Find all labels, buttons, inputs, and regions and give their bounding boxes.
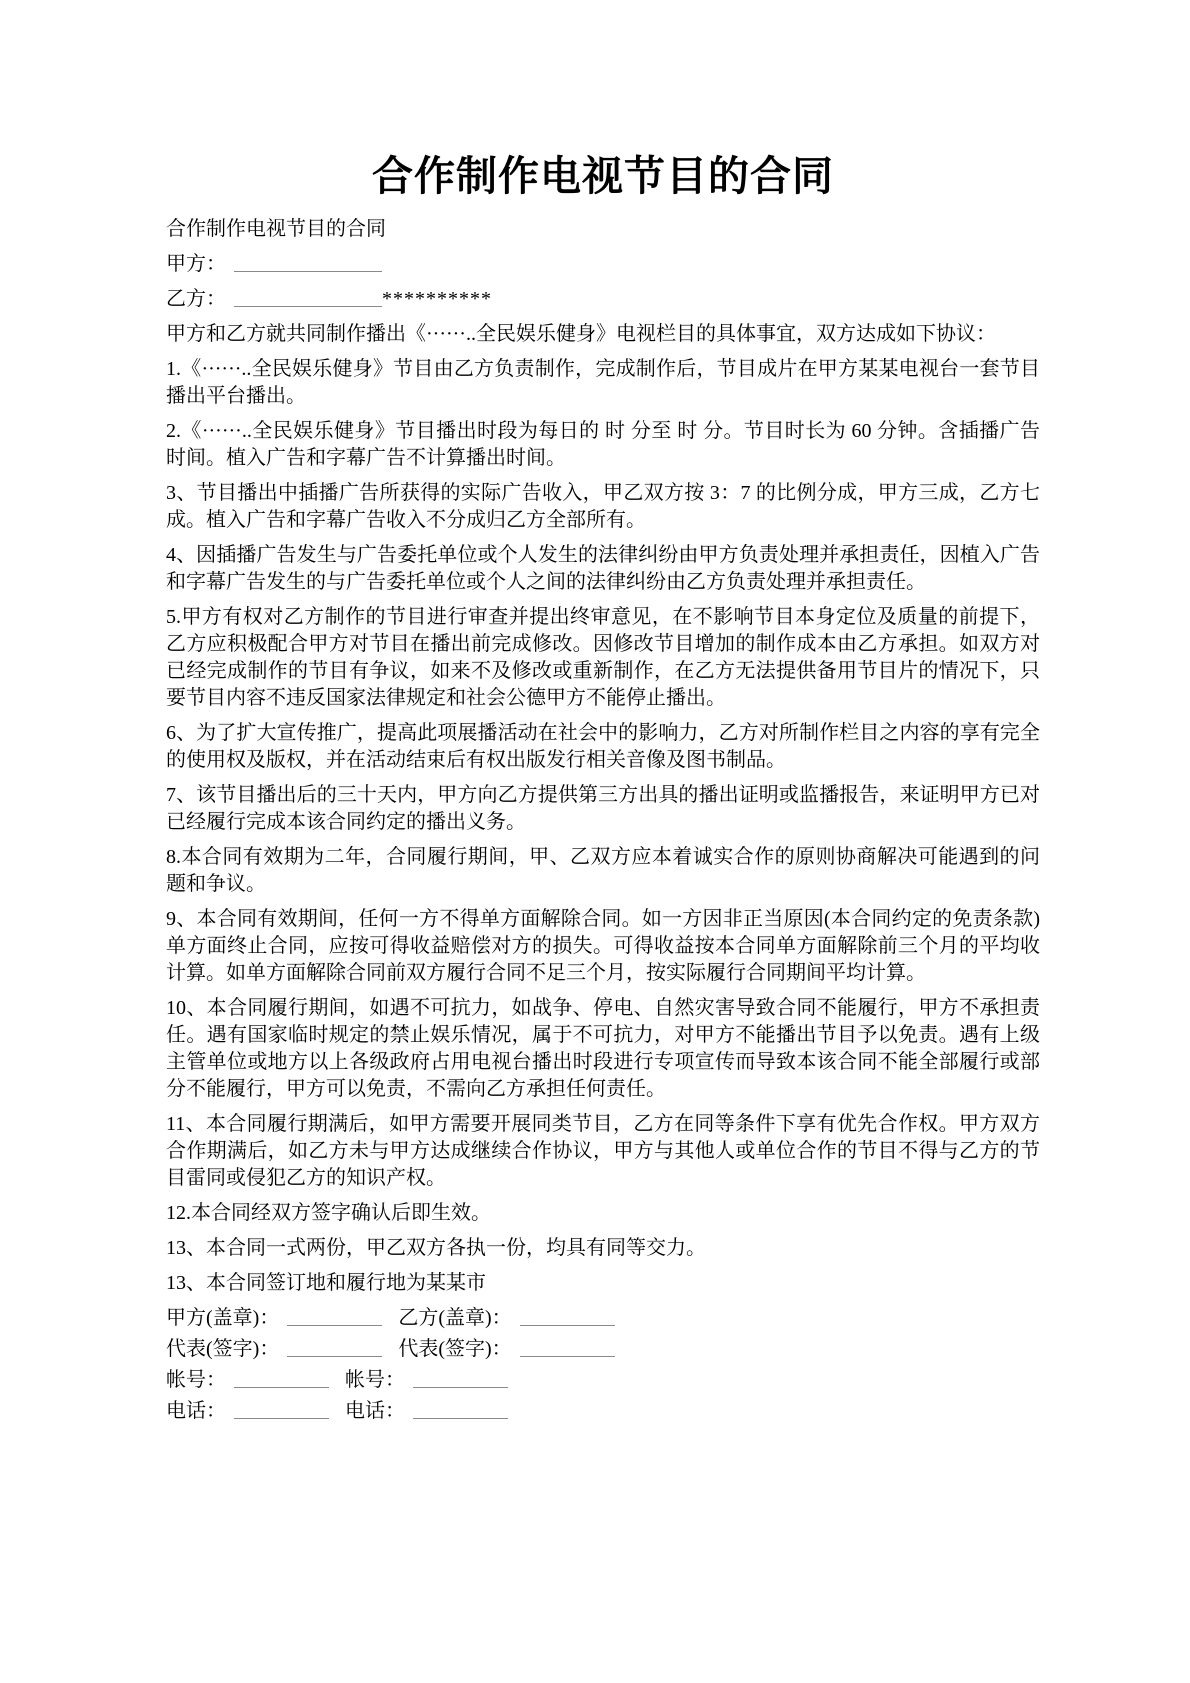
party-b-label: 乙方： xyxy=(166,288,226,310)
party-b-line: 乙方：********** xyxy=(166,286,1040,313)
clause-paragraph: 5.甲方有权对乙方制作的节目进行审查并提出终审意见，在不影响节目本身定位及质量的… xyxy=(166,604,1040,712)
signature-right-blank xyxy=(520,1341,615,1357)
clause-paragraph: 11、本合同履行期满后，如甲方需要开展同类节目，乙方在同等条件下享有优先合作权。… xyxy=(166,1111,1040,1192)
signature-right-blank xyxy=(413,1372,508,1388)
signature-left-blank xyxy=(287,1310,382,1326)
clause-paragraph: 13、本合同签订地和履行地为某某市 xyxy=(166,1270,1040,1297)
clause-paragraph: 2.《······..全民娱乐健身》节目播出时段为每日的 时 分至 时 分。节目… xyxy=(166,418,1040,472)
signature-right-blank xyxy=(413,1403,508,1419)
contract-page: 合作制作电视节目的合同 合作制作电视节目的合同 甲方： 乙方：*********… xyxy=(0,0,1190,1683)
clause-paragraph: 7、该节目播出后的三十天内，甲方向乙方提供第三方出具的播出证明或监播报告，来证明… xyxy=(166,782,1040,836)
party-b-masked-value: ********** xyxy=(382,288,492,310)
party-a-label: 甲方： xyxy=(166,253,226,275)
clause-paragraph: 1.《······..全民娱乐健身》节目由乙方负责制作，完成制作后，节目成片在甲… xyxy=(166,356,1040,410)
party-a-blank xyxy=(234,256,382,272)
clause-paragraph: 12.本合同经双方签字确认后即生效。 xyxy=(166,1200,1040,1227)
signature-left-label: 电话： xyxy=(166,1400,226,1422)
document-subtitle: 合作制作电视节目的合同 xyxy=(166,216,1040,243)
signature-right-blank xyxy=(520,1310,615,1326)
signature-row: 电话：电话： xyxy=(166,1398,1040,1425)
clauses-container: 1.《······..全民娱乐健身》节目由乙方负责制作，完成制作后，节目成片在甲… xyxy=(166,356,1040,1297)
signature-left-label: 甲方(盖章)： xyxy=(166,1307,279,1329)
clause-paragraph: 10、本合同履行期间，如遇不可抗力，如战争、停电、自然灾害导致合同不能履行，甲方… xyxy=(166,995,1040,1103)
signature-left-label: 代表(签字)： xyxy=(166,1338,279,1360)
clause-paragraph: 13、本合同一式两份，甲乙双方各执一份，均具有同等交力。 xyxy=(166,1235,1040,1262)
signature-right-label: 乙方(盖章)： xyxy=(398,1307,511,1329)
signature-left-blank xyxy=(234,1403,329,1419)
signature-left-blank xyxy=(234,1372,329,1388)
party-b-blank xyxy=(234,291,382,307)
clause-paragraph: 9、本合同有效期间，任何一方不得单方面解除合同。如一方因非正当原因(本合同约定的… xyxy=(166,906,1040,987)
signature-row: 甲方(盖章)：乙方(盖章)： xyxy=(166,1305,1040,1332)
clause-paragraph: 6、为了扩大宣传推广，提高此项展播活动在社会中的影响力，乙方对所制作栏目之内容的… xyxy=(166,720,1040,774)
signature-row: 帐号：帐号： xyxy=(166,1367,1040,1394)
signature-left-blank xyxy=(287,1341,382,1357)
signature-right-label: 代表(签字)： xyxy=(398,1338,511,1360)
clause-paragraph: 3、节目播出中插播广告所获得的实际广告收入，甲乙双方按 3：7 的比例分成，甲方… xyxy=(166,480,1040,534)
signature-right-label: 帐号： xyxy=(345,1369,405,1391)
signature-block: 甲方(盖章)：乙方(盖章)： 代表(签字)：代表(签字)： 帐号：帐号： 电话：… xyxy=(166,1305,1040,1425)
party-a-line: 甲方： xyxy=(166,251,1040,278)
clause-paragraph: 4、因插播广告发生与广告委托单位或个人发生的法律纠纷由甲方负责处理并承担责任，因… xyxy=(166,542,1040,596)
clause-paragraph: 8.本合同有效期为二年，合同履行期间，甲、乙双方应本着诚实合作的原则协商解决可能… xyxy=(166,844,1040,898)
signature-right-label: 电话： xyxy=(345,1400,405,1422)
document-title: 合作制作电视节目的合同 xyxy=(166,148,1040,204)
intro-paragraph: 甲方和乙方就共同制作播出《······..全民娱乐健身》电视栏目的具体事宜，双方… xyxy=(166,321,1040,348)
signature-row: 代表(签字)：代表(签字)： xyxy=(166,1336,1040,1363)
signature-left-label: 帐号： xyxy=(166,1369,226,1391)
